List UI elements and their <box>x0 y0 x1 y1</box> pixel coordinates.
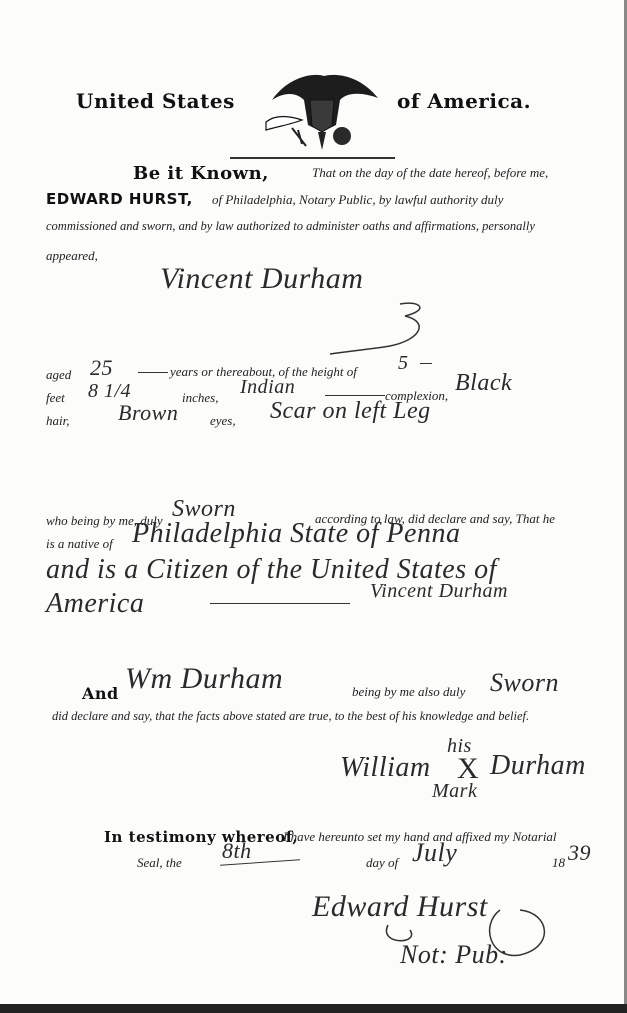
seal-label: Seal, the <box>137 855 182 871</box>
notary-name: EDWARD HURST, <box>46 190 193 208</box>
citizen-line2-value: America <box>46 588 144 620</box>
dash <box>420 363 432 364</box>
hair-value: Black <box>455 370 512 397</box>
dash <box>210 603 350 604</box>
notary-title: Not: Pub: <box>400 940 508 970</box>
year-prefix: 18 <box>552 855 565 871</box>
eyes-value: Brown <box>118 400 178 426</box>
native-label: is a native of <box>46 536 113 552</box>
inches-label: inches, <box>182 390 218 406</box>
be-it-known-heading: Be it Known, <box>133 163 269 184</box>
applicant-name: Vincent Durham <box>160 262 363 296</box>
height-feet-value: 5 <box>398 352 409 375</box>
native-place-value: Philadelphia State of Penna <box>132 518 460 550</box>
witness-signature-first: William <box>340 752 431 784</box>
seal-day-value: 8th <box>222 838 252 864</box>
notary-line: of Philadelphia, Notary Public, by lawfu… <box>212 192 503 208</box>
feet-label: feet <box>46 390 65 406</box>
and-label: And <box>82 684 119 703</box>
mark-label: Mark <box>432 780 477 803</box>
witness-sworn-word: Sworn <box>490 668 559 698</box>
title-united-states: United States <box>76 89 235 113</box>
appeared-label: appeared, <box>46 248 98 264</box>
hair-label: hair, <box>46 413 69 429</box>
age-value: 25 <box>90 355 113 381</box>
applicant-signature: Vincent Durham <box>370 580 508 603</box>
dash <box>138 372 168 373</box>
eagle-emblem-icon <box>262 70 382 152</box>
day-of-label: day of <box>366 855 398 871</box>
declare-line: did declare and say, that the facts abov… <box>52 709 529 724</box>
aged-label: aged <box>46 367 71 383</box>
witness-sworn-label: being by me also duly <box>352 684 465 700</box>
scan-edge-bottom <box>0 1004 627 1013</box>
header-divider <box>230 157 395 159</box>
distinguishing-marks-value: Scar on left Leg <box>270 398 431 425</box>
intro-line: That on the day of the date hereof, befo… <box>312 165 548 181</box>
witness-name-value: Wm Durham <box>125 662 283 696</box>
month-value: July <box>412 838 457 868</box>
authority-line: commissioned and sworn, and by law autho… <box>46 219 535 234</box>
title-of-america: of America. <box>397 89 531 113</box>
year-suffix-value: 39 <box>568 840 591 866</box>
witness-signature-last: Durham <box>490 750 586 782</box>
document-page: United States of America. Be it Known, T… <box>0 0 627 1013</box>
testimony-label: In testimony whereof, <box>104 828 298 846</box>
eyes-label: eyes, <box>210 413 236 429</box>
dash <box>325 395 385 396</box>
complexion-value: Indian <box>240 376 295 399</box>
